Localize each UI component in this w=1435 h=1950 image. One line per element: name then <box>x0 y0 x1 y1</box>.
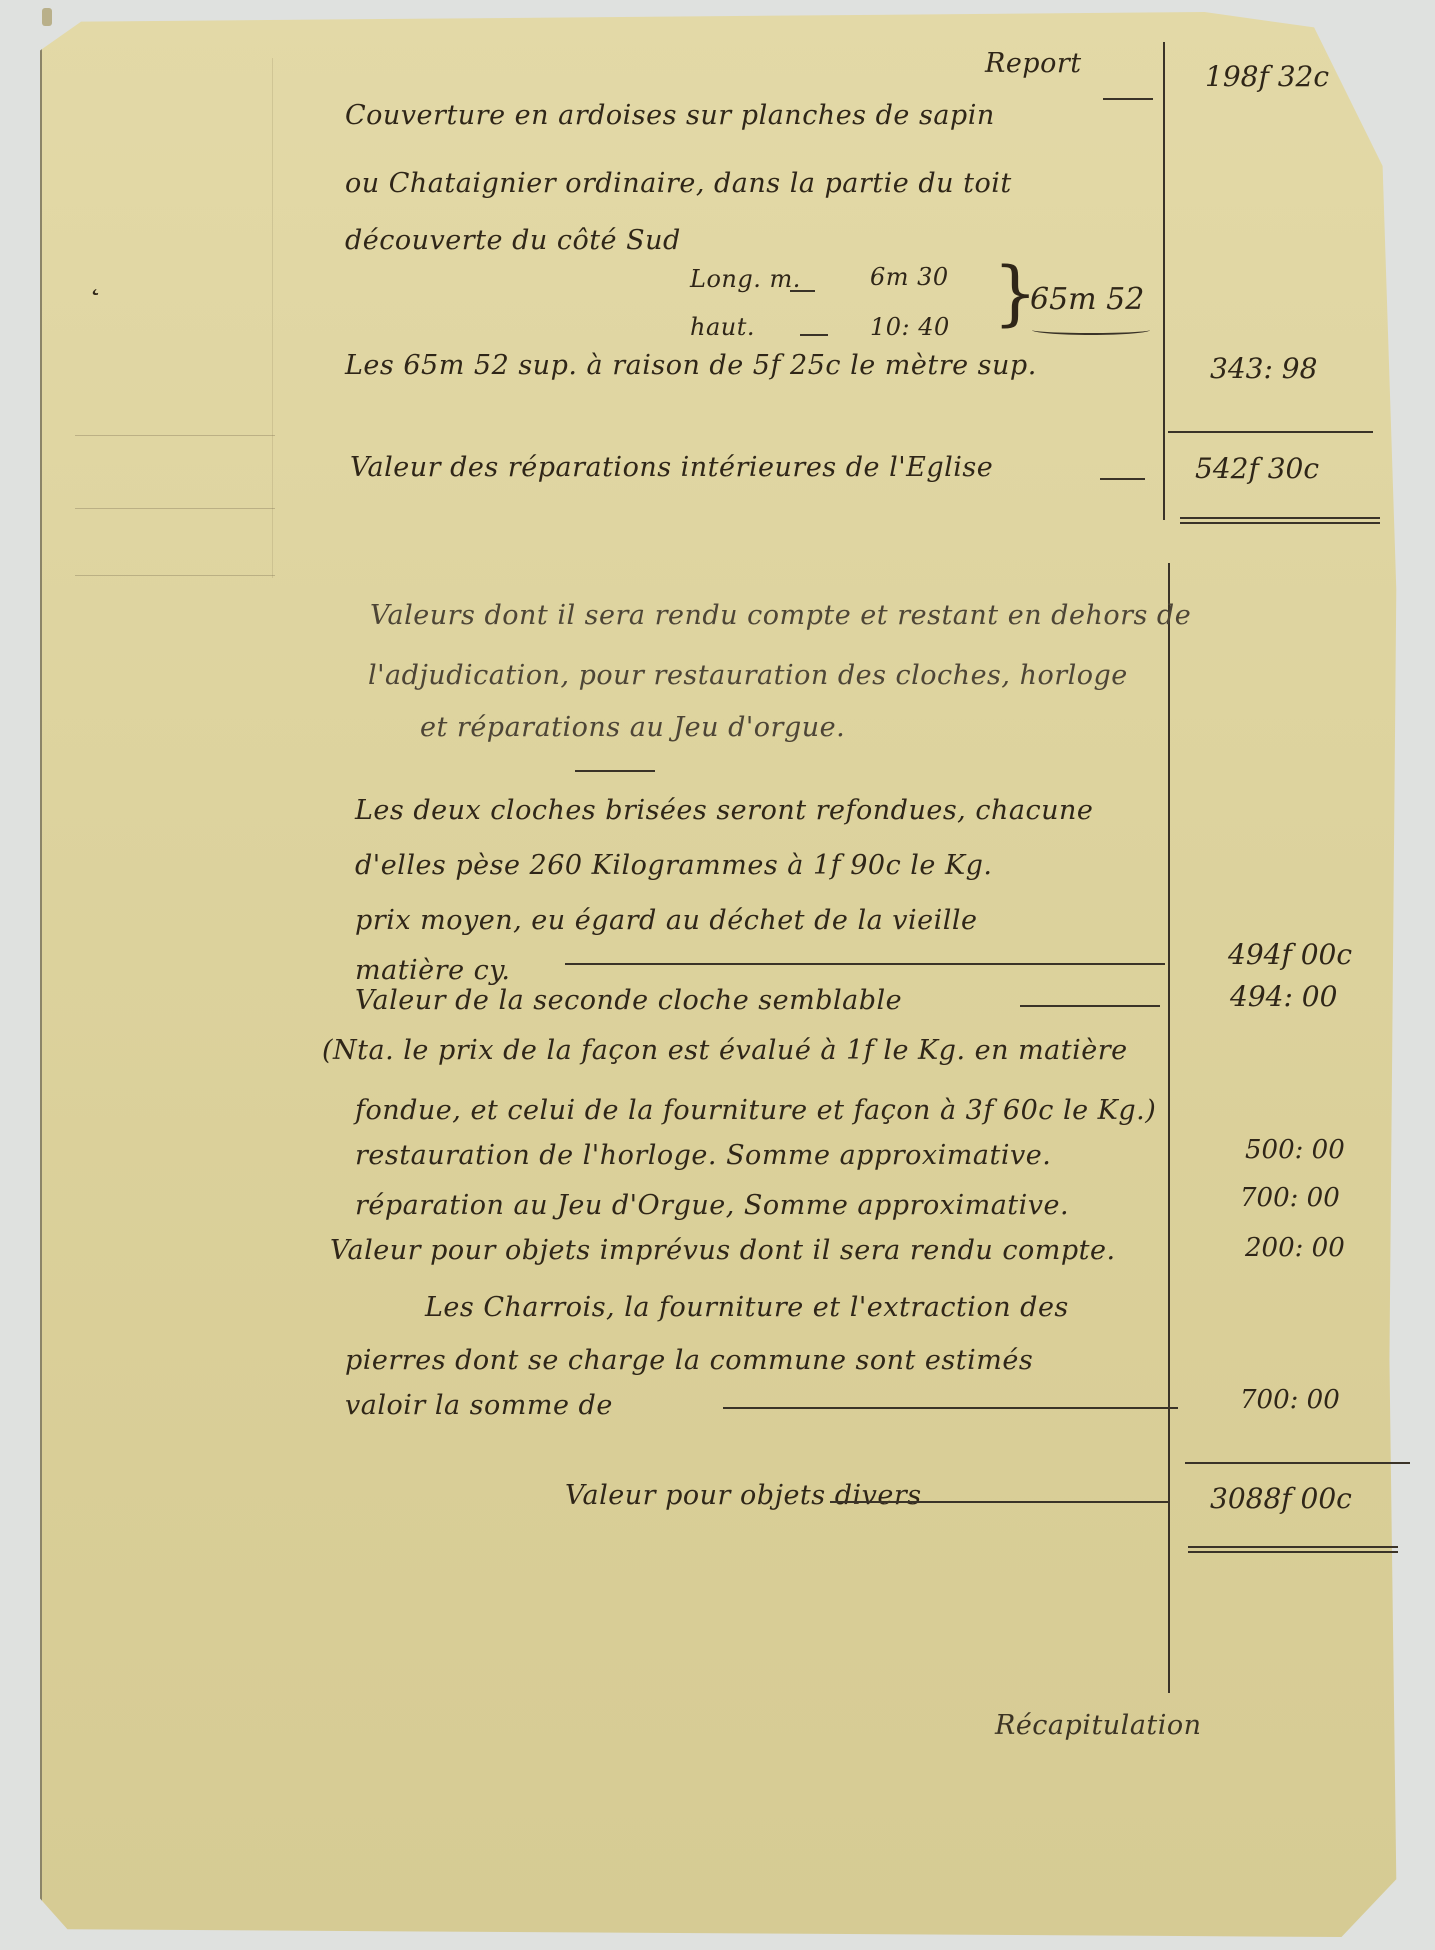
bleed-through-column <box>67 58 273 578</box>
total-double-rule <box>1188 1551 1398 1553</box>
height-value: 10: 40 <box>870 313 950 341</box>
length-label: Long. m. <box>690 265 801 293</box>
rate-line: Les 65m 52 sup. à raison de 5f 25c le mè… <box>345 350 1037 381</box>
bleed-through-rule <box>75 508 275 509</box>
roof-description-line-2: ou Chataignier ordinaire, dans la partie… <box>345 168 1012 199</box>
report-label: Report <box>985 48 1082 79</box>
subtotal-double-rule <box>1180 522 1380 524</box>
clock-item-label: restauration de l'horloge. Somme approxi… <box>355 1140 1051 1171</box>
second-bell-amount: 494: 00 <box>1230 980 1337 1013</box>
leader-dash <box>800 334 828 336</box>
note-line-2: fondue, et celui de la fourniture et faç… <box>355 1095 1156 1126</box>
amount-column-rule <box>1163 42 1165 520</box>
bells-line-2: d'elles pèse 260 Kilogrammes à 1f 90c le… <box>355 850 993 881</box>
note-line-1: (Nta. le prix de la façon est évalué à 1… <box>322 1035 1128 1066</box>
bells-amount: 494f 00c <box>1228 938 1352 971</box>
leader-line <box>830 1501 1170 1503</box>
charrois-line-1: Les Charrois, la fourniture et l'extract… <box>425 1292 1069 1323</box>
heading-underline <box>575 770 655 772</box>
leader-line <box>1020 1005 1160 1007</box>
total-label: Valeur pour objets divers <box>565 1480 922 1511</box>
total-amount: 3088f 00c <box>1210 1482 1352 1515</box>
leader-line <box>723 1407 1178 1409</box>
charrois-line-2: pierres dont se charge la commune sont e… <box>345 1345 1033 1376</box>
bleed-through-rule <box>75 575 275 576</box>
section2-heading-line-2: l'adjudication, pour restauration des cl… <box>368 660 1128 691</box>
charrois-amount: 700: 00 <box>1240 1385 1340 1415</box>
bells-line-3: prix moyen, eu égard au déchet de la vie… <box>355 905 978 936</box>
unforeseen-item-label: Valeur pour objets imprévus dont il sera… <box>330 1235 1116 1266</box>
leader-dash <box>1103 98 1153 100</box>
catchword: Récapitulation <box>995 1710 1202 1741</box>
leader-dash <box>790 290 815 292</box>
leader-dash <box>1100 478 1145 480</box>
unforeseen-item-amount: 200: 00 <box>1245 1233 1345 1263</box>
margin-mark: ˛ <box>88 262 104 297</box>
height-label: haut. <box>690 313 755 341</box>
amount-column-rule <box>1168 563 1170 1693</box>
area-value: 65m 52 <box>1030 282 1144 317</box>
organ-item-label: réparation au Jeu d'Orgue, Somme approxi… <box>355 1190 1069 1221</box>
second-bell-label: Valeur de la seconde cloche semblable <box>355 985 902 1016</box>
binding-thread <box>42 8 52 26</box>
subtotal-label: Valeur des réparations intérieures de l'… <box>350 452 993 483</box>
section2-heading-line-3: et réparations au Jeu d'orgue. <box>420 712 845 743</box>
section2-heading-line-1: Valeurs dont il sera rendu compte et res… <box>370 600 1191 631</box>
leader-line <box>565 963 1165 965</box>
subtotal-double-rule <box>1180 517 1380 519</box>
bells-line-1: Les deux cloches brisées seront refondue… <box>355 795 1093 826</box>
subtotal-rule <box>1168 431 1373 433</box>
roof-description-line-3: découverte du côté Sud <box>345 225 681 256</box>
total-double-rule <box>1188 1546 1398 1548</box>
area-underline <box>1032 325 1150 335</box>
total-rule <box>1185 1462 1410 1464</box>
length-value: 6m 30 <box>870 263 949 291</box>
charrois-line-3: valoir la somme de <box>345 1390 613 1421</box>
subtotal-amount: 542f 30c <box>1195 452 1319 485</box>
bleed-through-rule <box>75 435 275 436</box>
clock-item-amount: 500: 00 <box>1245 1135 1345 1165</box>
rate-amount: 343: 98 <box>1210 352 1317 385</box>
roof-description-line-1: Couverture en ardoises sur planches de s… <box>345 100 995 131</box>
report-amount: 198f 32c <box>1205 60 1329 93</box>
organ-item-amount: 700: 00 <box>1240 1183 1340 1213</box>
bells-line-4: matière cy. <box>355 955 511 986</box>
